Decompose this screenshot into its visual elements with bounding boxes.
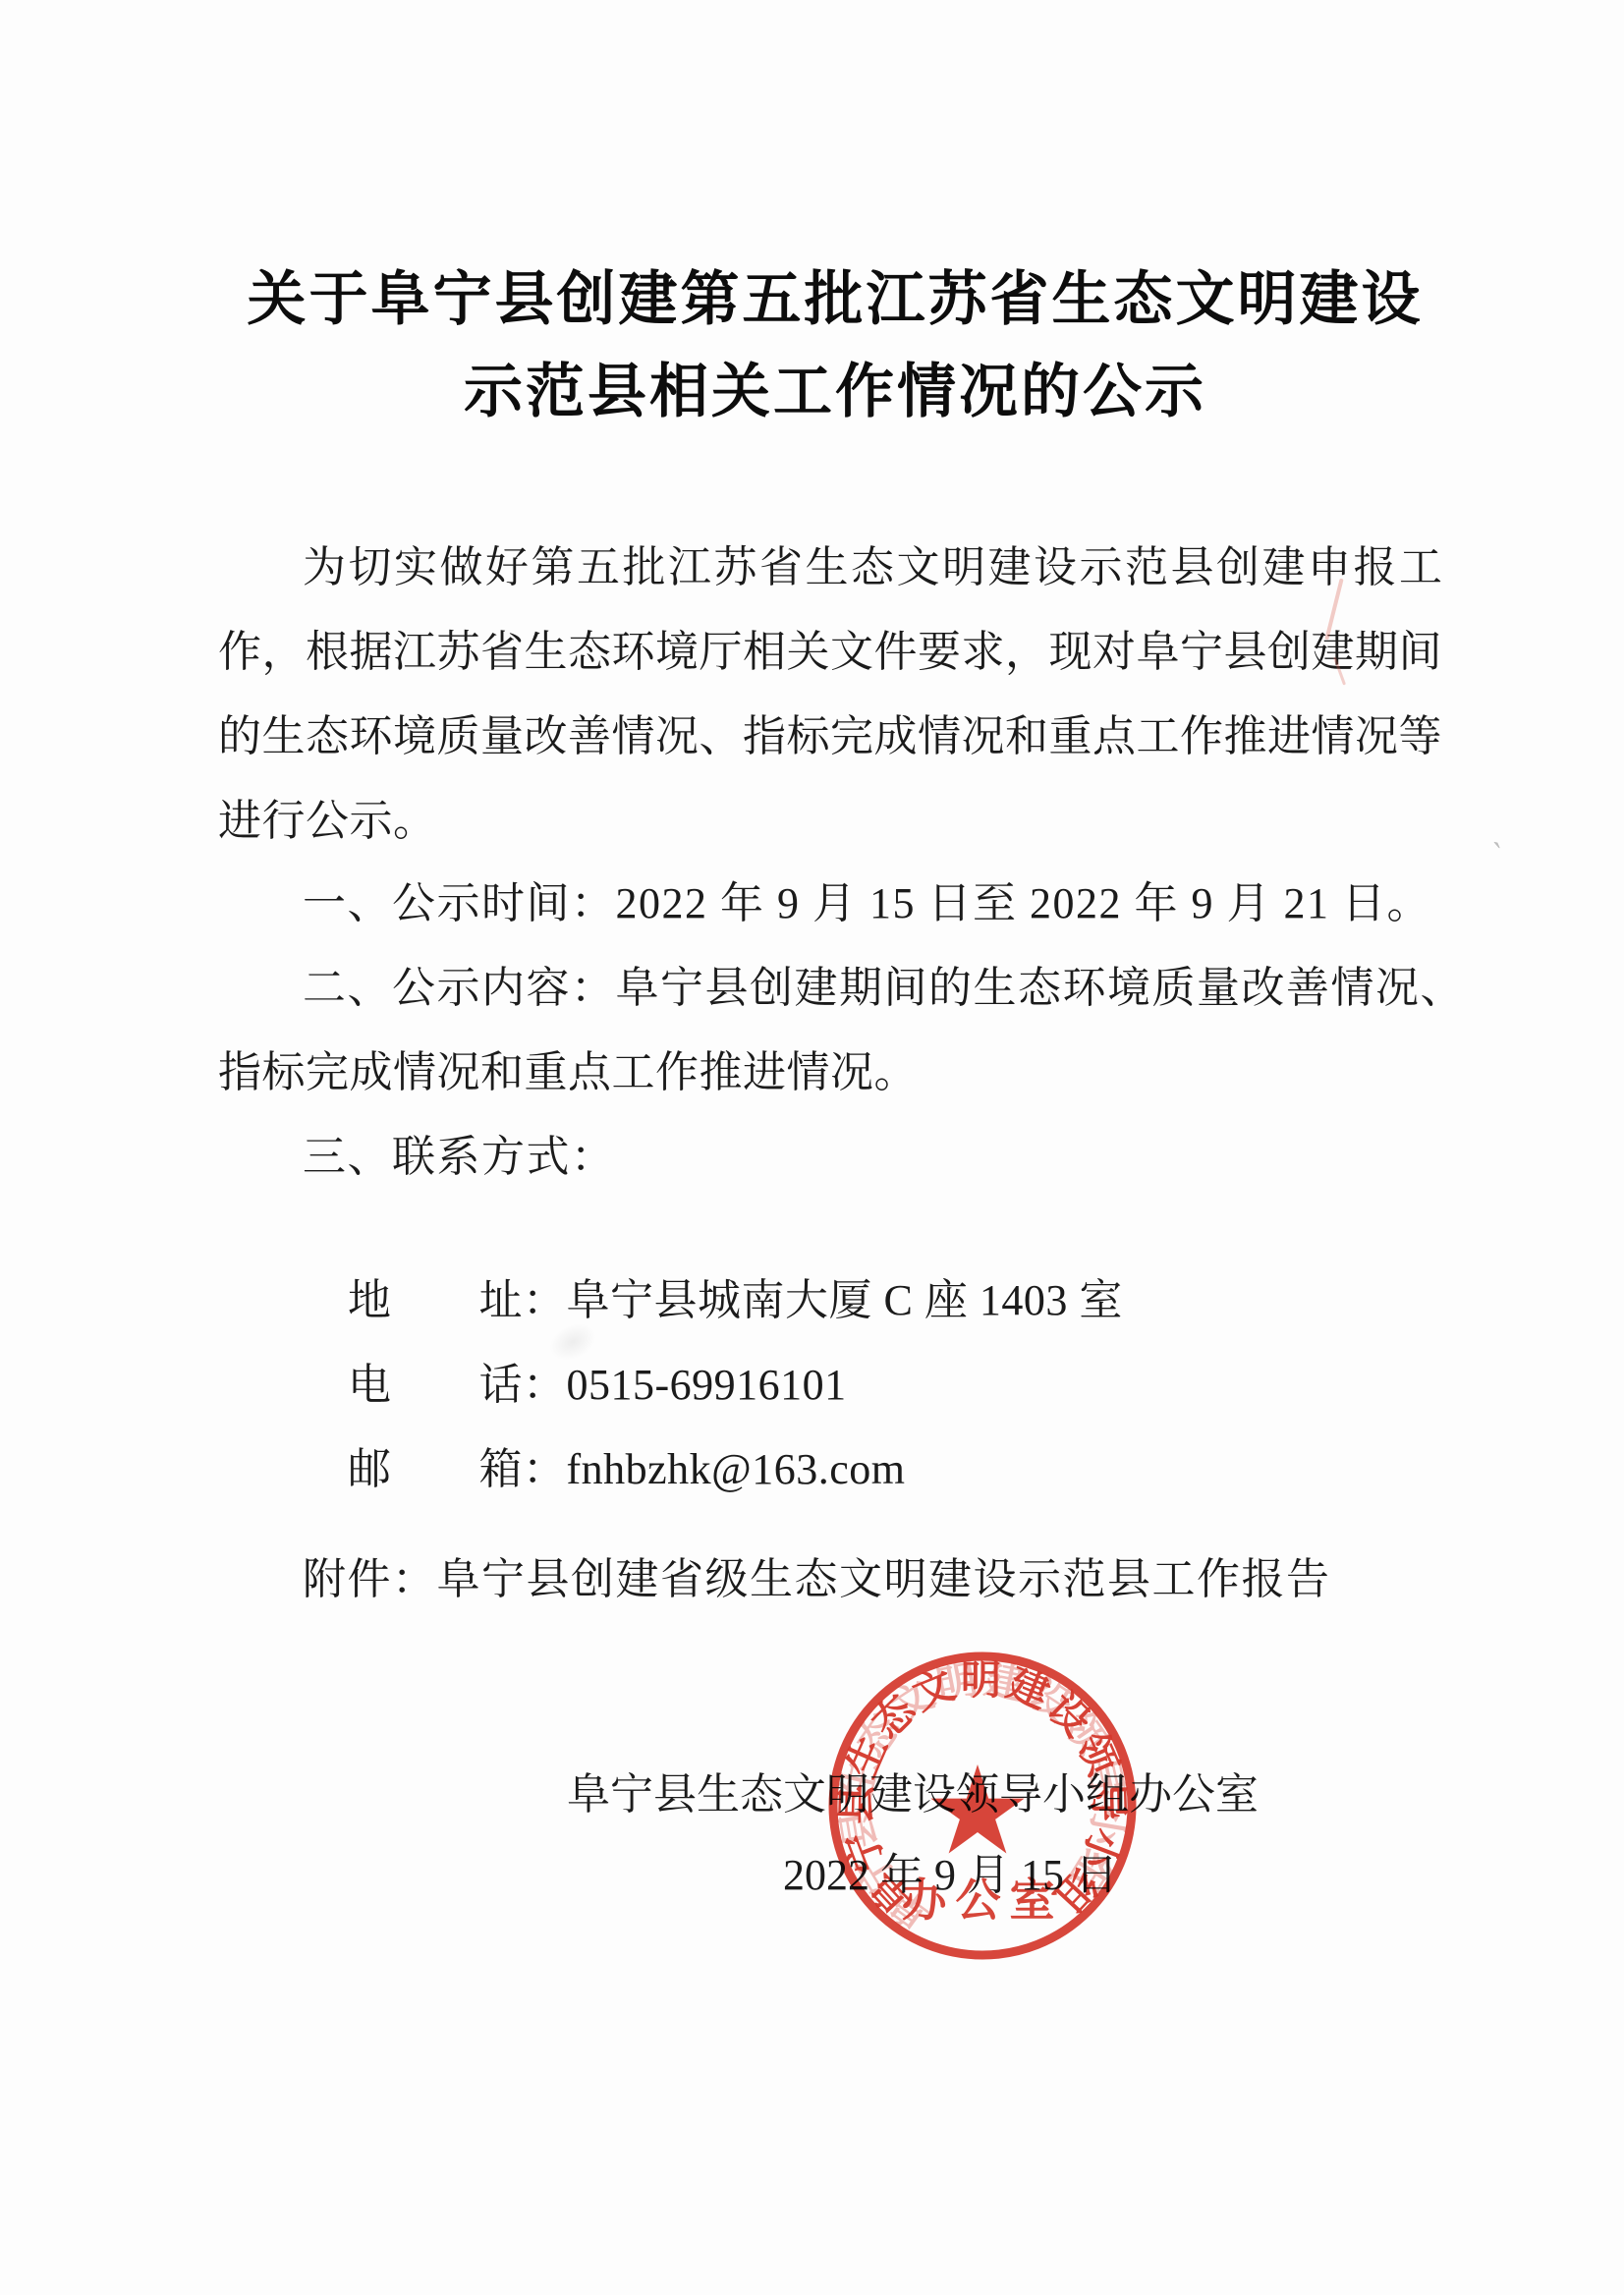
email-line: 邮 箱：fnhbzhk@163.com	[303, 1381, 905, 1558]
document-page: 关于阜宁县创建第五批江苏省生态文明建设 示范县相关工作情况的公示 为切实做好第五…	[0, 0, 1624, 2295]
email-value: fnhbzhk@163.com	[567, 1445, 906, 1493]
signature-date: 2022 年 9 月 15 日	[783, 1839, 1118, 1902]
paragraph1-line2: 作，根据江苏省生态环境厅相关文件要求，现对阜宁县创建期间	[218, 623, 1442, 682]
title-line-1: 关于阜宁县创建第五批江苏省生态文明建设	[59, 253, 1611, 346]
signature-org: 阜宁县生态文明建设领导小组办公室	[567, 1759, 1259, 1821]
paragraph1-line4: 进行公示。	[218, 792, 437, 851]
document-title: 关于阜宁县创建第五批江苏省生态文明建设 示范县相关工作情况的公示	[59, 253, 1611, 438]
publicity-content-line2: 指标完成情况和重点工作推进情况。	[218, 1043, 918, 1102]
paragraph1-line3: 的生态环境质量改善情况、指标完成情况和重点工作推进情况等	[218, 707, 1442, 766]
publicity-content-line1: 二、公示内容：阜宁县创建期间的生态环境质量改善情况、	[303, 959, 1465, 1018]
title-line-2: 示范县相关工作情况的公示	[59, 346, 1611, 438]
paragraph1-line1: 为切实做好第五批江苏省生态文明建设示范县创建申报工	[303, 538, 1445, 597]
publicity-time-line: 一、公示时间：2022 年 9 月 15 日至 2022 年 9 月 21 日。	[303, 874, 1431, 933]
email-label: 邮 箱：	[348, 1445, 567, 1493]
contact-heading-line: 三、联系方式：	[303, 1128, 616, 1187]
scan-artifact-tick: ˋ	[1485, 836, 1504, 875]
attachment-line: 附件：阜宁县创建省级生态文明建设示范县工作报告	[303, 1550, 1331, 1609]
